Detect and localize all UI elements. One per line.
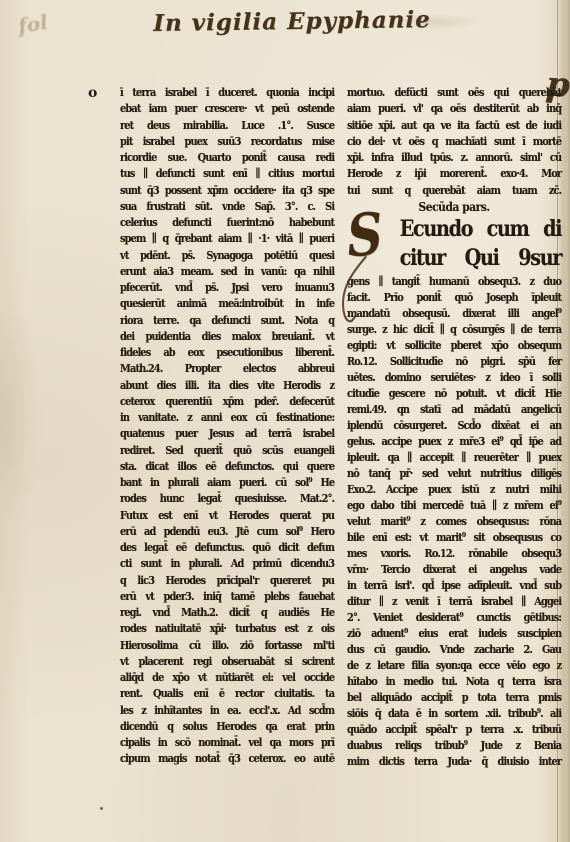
column-right-upper-text: mortuo. defūcti sunt oēs qui querebātaia… <box>347 84 561 198</box>
text-line: cipalis in scō nominat̄. vel qa mors prī <box>120 734 334 750</box>
text-line: ret deus mirabilia. Luce .1°. Susce <box>120 117 334 133</box>
corner-pencil-annotation: fol <box>17 12 49 36</box>
text-line: abunt dies illi. ita dies vite Herodis z <box>120 377 334 393</box>
text-line: des legat̄ eē defunctus. quō dicit defun <box>120 539 334 555</box>
text-line: pfecerūt. vnd̄ ps̄. Jpsi vero inuanu3 <box>120 279 334 295</box>
text-line: citudīe gescere nō potuit. vt dicit̄ Hie <box>347 385 561 401</box>
text-line: Exo.2. Accipe puex istū z nutri mihi <box>347 481 561 497</box>
text-line: Futux est enī vt Herodes querat pu <box>120 507 334 523</box>
text-line: velut marit⁹ z comes obsequsus: rōna <box>347 513 561 529</box>
text-line: ipleuit. qa ∥ accepit ∥ reuerēter ∥ puex <box>347 449 561 465</box>
paper-speck <box>100 807 103 810</box>
dropcap-swash-flourish <box>333 255 370 331</box>
text-line: cio dei· vt oēs q machīati sunt ī mortē <box>347 133 561 149</box>
text-line: quādo accipit̄ spēal'r p terra .x. tribu… <box>347 721 561 737</box>
text-line: dei puidentia dies malox breuiant̄. vt <box>120 328 334 344</box>
text-line: ceterox querentiū xp̄m pder̄. defecerūt <box>120 393 334 409</box>
text-line: pit israbel puex suū3 recordatus mise <box>120 133 334 149</box>
text-column-left: ī terra israbel ī duceret. quonia incipi… <box>120 84 334 767</box>
text-line: hītabo in medio tui. Nota q terra isra <box>347 673 561 689</box>
text-line: in vanitate. z anni eox cū festinatione: <box>120 409 334 425</box>
faded-ink-smudge <box>388 14 484 30</box>
incipit-large-line: Ecundo cum di <box>400 215 562 244</box>
text-line: cti sunt in plurali. Ad primū dicendu3 <box>120 555 334 571</box>
text-line: q lic3 Herodes prīcipal'r quereret pu <box>120 572 334 588</box>
text-line: Ro.12. Sollicitudīe nō pigri. sp̄ū fer <box>347 353 561 369</box>
text-line: les z inhītantes in ea. eccl'.x. Ad scd̄… <box>120 702 334 718</box>
paper-stain <box>0 300 40 520</box>
text-line: rodes natiuitatē xp̄i· turbatus est z oi… <box>120 620 334 636</box>
text-line: fideles ab eox psecutionibus liberent̄. <box>120 344 334 360</box>
text-line: spem ∥ q q̄rebant aiam ∥ ·1· vitā ∥ puer… <box>120 230 334 246</box>
text-line: remi.49. qn statī ad mādatū angelicū <box>347 401 561 417</box>
text-line: bant in plurali aiam pueri. cū sol⁹ He <box>120 474 334 490</box>
text-line: dus cū gaudio. Vnde zacharie 2. Gau <box>347 641 561 657</box>
text-line: siōis q̄ data ē in sortem .xii. tribub⁹.… <box>347 705 561 721</box>
text-line: sunt q̄3 possent xp̄m occidere· ita q3 s… <box>120 182 334 198</box>
text-line: ī terra israbel ī duceret. quonia incipi <box>120 84 334 100</box>
text-line: xp̄i. infra illud tpūs. z. annorū. siml'… <box>347 149 561 165</box>
text-line: ricordie sue. Quarto ponit̄ causa redi <box>120 149 334 165</box>
text-line: ego dabo tibi mercedē tuā ∥ z mr̄em ei⁹ <box>347 497 561 513</box>
text-line: sta. dicat illos eē defunctos. qui quere <box>120 458 334 474</box>
text-line: bile enī est: vt marit⁹ sit obsequsus co <box>347 529 561 545</box>
text-line: facit. Prīo ponit̄ quō Joseph īpleuit <box>347 289 561 305</box>
text-line: iplendū cōsurgeret. Scd̄o dixēat ei an <box>347 417 561 433</box>
text-line: ebat iam puer crescere· vt peū ostende <box>120 100 334 116</box>
text-line: vr̄m· Tercio dixerat ei angelus vade <box>347 561 561 577</box>
text-line: sitiōe xp̄i. aut qa ve ita factū est de … <box>347 117 561 133</box>
text-line: rediret. Sed querit̄ quō scūs euangeli <box>120 442 334 458</box>
text-line: bel aliquādo accipit̄ p tota terra pmis <box>347 689 561 705</box>
text-line: vt pdēnt. ps̄. Synagoga potētiū quesi <box>120 247 334 263</box>
text-line: nō tanq̄ pr̄· sed velut nutritius diligē… <box>347 465 561 481</box>
book-page: fol In vigilia Epyphanie o p ī terra isr… <box>0 0 570 842</box>
text-line: tus ∥ defuncti sunt enī ∥ citius mortui <box>120 165 334 181</box>
text-line: 2°. Veniet desiderat⁹ cunctis gētibus: <box>347 609 561 625</box>
incipit-block: S Ecundo cum di citur Qui 9sur <box>347 215 561 273</box>
column-right-lower-text: gens ∥ tangit̄ humanū obsequ3. z duofaci… <box>347 273 561 769</box>
margin-guide-letter-o: o <box>88 86 97 100</box>
text-line: vt placerent regi obseruabāt si scirent <box>120 653 334 669</box>
text-line: gens ∥ tangit̄ humanū obsequ3. z duo <box>347 273 561 289</box>
text-line: quatenus puer Jesus ad terrā israbel <box>120 425 334 441</box>
text-line: mandatū obsequsū. dixerat illi angel⁹ <box>347 305 561 321</box>
text-line: riora terre. qa defuncti sunt. Nota q <box>120 312 334 328</box>
text-line: erū ad pdendū eu3. Jtē cum sol⁹ Hero <box>120 523 334 539</box>
text-line: erunt aia3 meam. sed in vanū: qa nihil <box>120 263 334 279</box>
text-line: cipum magis notat̄ q̄3 ceterox. eo autē <box>120 750 334 766</box>
text-line: in terrā isrl'. qd̄ ipse adīpleuit. vnd̄… <box>347 577 561 593</box>
text-line: sua frustrati sūt. vnde Sap̄. 3°. c. Si <box>120 198 334 214</box>
text-line: surge. z hic dicit̄ ∥ q cōsurgēs ∥ de te… <box>347 321 561 337</box>
text-line: mes vxoris. Ro.12. rōnabile obsequ3 <box>347 545 561 561</box>
incipit-large-line: citur Qui 9sur <box>400 244 562 273</box>
text-line: aliq̄d de xp̄o vt nūtiarēt ei: vel occid… <box>120 669 334 685</box>
text-line: dicendū q solus Herodes qa erat prin <box>120 718 334 734</box>
text-column-right: mortuo. defūcti sunt oēs qui querebātaia… <box>347 84 561 769</box>
text-line: uētes. domino seruiētes· z ideo ī solli <box>347 369 561 385</box>
text-line: tui sunt q querebāt aiam tuam zc̄. <box>347 182 561 198</box>
text-line: erū vt pder3. iniq̄ tamē plebs fauebat <box>120 588 334 604</box>
text-line: quesierūt animā meā:introibūt in infe <box>120 295 334 311</box>
text-line: gelus. accipe puex z mr̄e3 ei⁹ qd̄ ip̄e … <box>347 433 561 449</box>
text-line: de z letare filia syon:qa ecce vēio ego … <box>347 657 561 673</box>
text-line: Herode z ip̄i morerent̄. exo·4. Mor <box>347 165 561 181</box>
text-line: mortuo. defūcti sunt oēs qui querebāt <box>347 84 561 100</box>
text-line: Math.24. Propter electos abbreui <box>120 360 334 376</box>
text-line: ditur ∥ z venit ī terrā israbel ∥ Aggei <box>347 593 561 609</box>
text-line: ziō aduent⁹ eius erat iudeis suscipien <box>347 625 561 641</box>
text-line: egipti: vt sollicite pberet xp̄o obsequm <box>347 337 561 353</box>
text-line: mim dictis terra Juda· q̄ diuisio inter <box>347 753 561 769</box>
text-line: aiam pueri. vl' qa oēs destiterūt ab inq… <box>347 100 561 116</box>
text-line: Hierosolima cū illo. ziō fortasse ml'ti <box>120 637 334 653</box>
text-line: rent. Qualis enī ē rector ciuitatis. ta <box>120 685 334 701</box>
text-line: celerius defuncti fuerint:nō habebunt <box>120 214 334 230</box>
text-line: rodes hunc legat̄ quesiuisse. Mat.2°. <box>120 490 334 506</box>
text-line: regi. vnd̄ Math.2. dicit̄ q audiēs He <box>120 604 334 620</box>
text-line: duabus reliqs tribub⁹ Jude z Benia <box>347 737 561 753</box>
